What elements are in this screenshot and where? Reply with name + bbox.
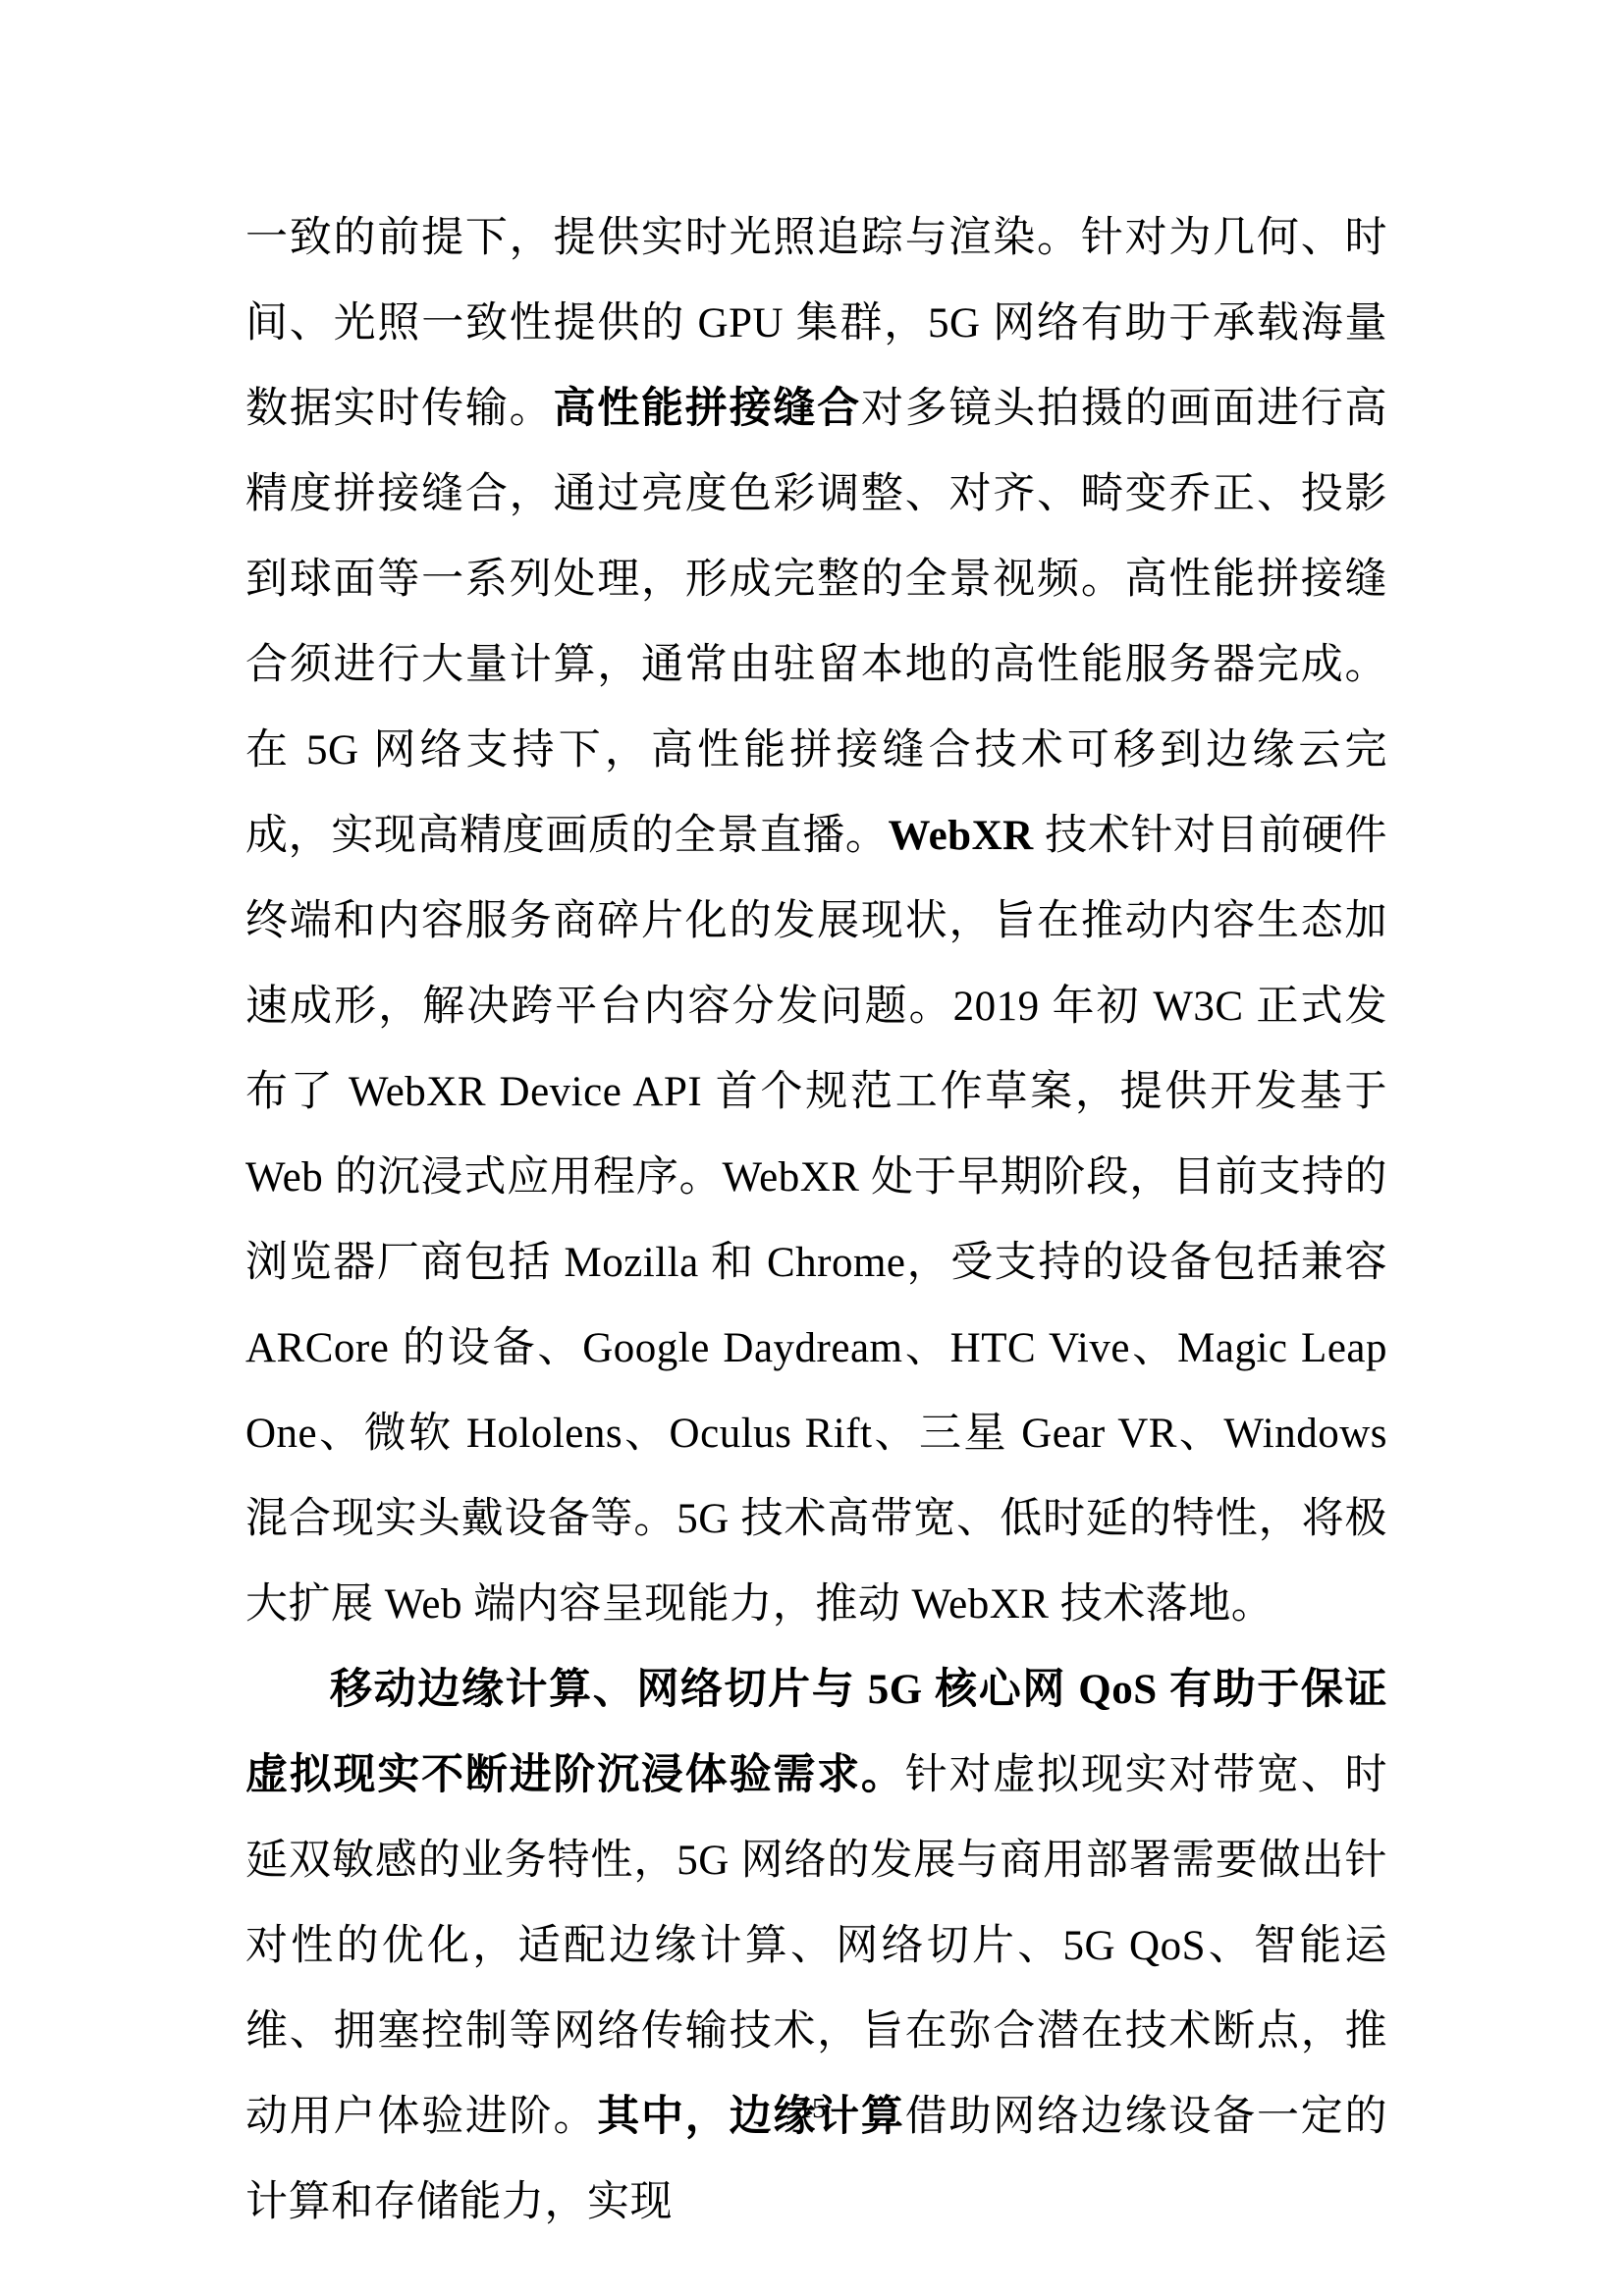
- text-run: 技术针对目前硬件终端和内容服务商碎片化的发展现状，旨在推动内容生态加速成形，解决…: [245, 813, 1387, 1628]
- document-page: 一致的前提下，提供实时光照追踪与渲染。针对为几何、时间、光照一致性提供的 GPU…: [0, 0, 1624, 2296]
- paragraph: 一致的前提下，提供实时光照追踪与渲染。针对为几何、时间、光照一致性提供的 GPU…: [245, 195, 1387, 1647]
- bold-text-run: 高性能拼接缝合: [553, 386, 860, 432]
- text-run: 针对虚拟现实对带宽、时延双敏感的业务特性，5G 网络的发展与商用部署需要做出针对…: [245, 1752, 1387, 2140]
- text-run: 对多镜头拍摄的画面进行高精度拼接缝合，通过亮度色彩调整、对齐、畸变乔正、投影到球…: [245, 386, 1387, 859]
- paragraph: 移动边缘计算、网络切片与 5G 核心网 QoS 有助于保证虚拟现实不断进阶沉浸体…: [245, 1647, 1387, 2245]
- page-number: 15: [0, 2089, 1624, 2128]
- document-body: 一致的前提下，提供实时光照追踪与渲染。针对为几何、时间、光照一致性提供的 GPU…: [245, 195, 1387, 2245]
- bold-text-run: WebXR: [888, 813, 1033, 859]
